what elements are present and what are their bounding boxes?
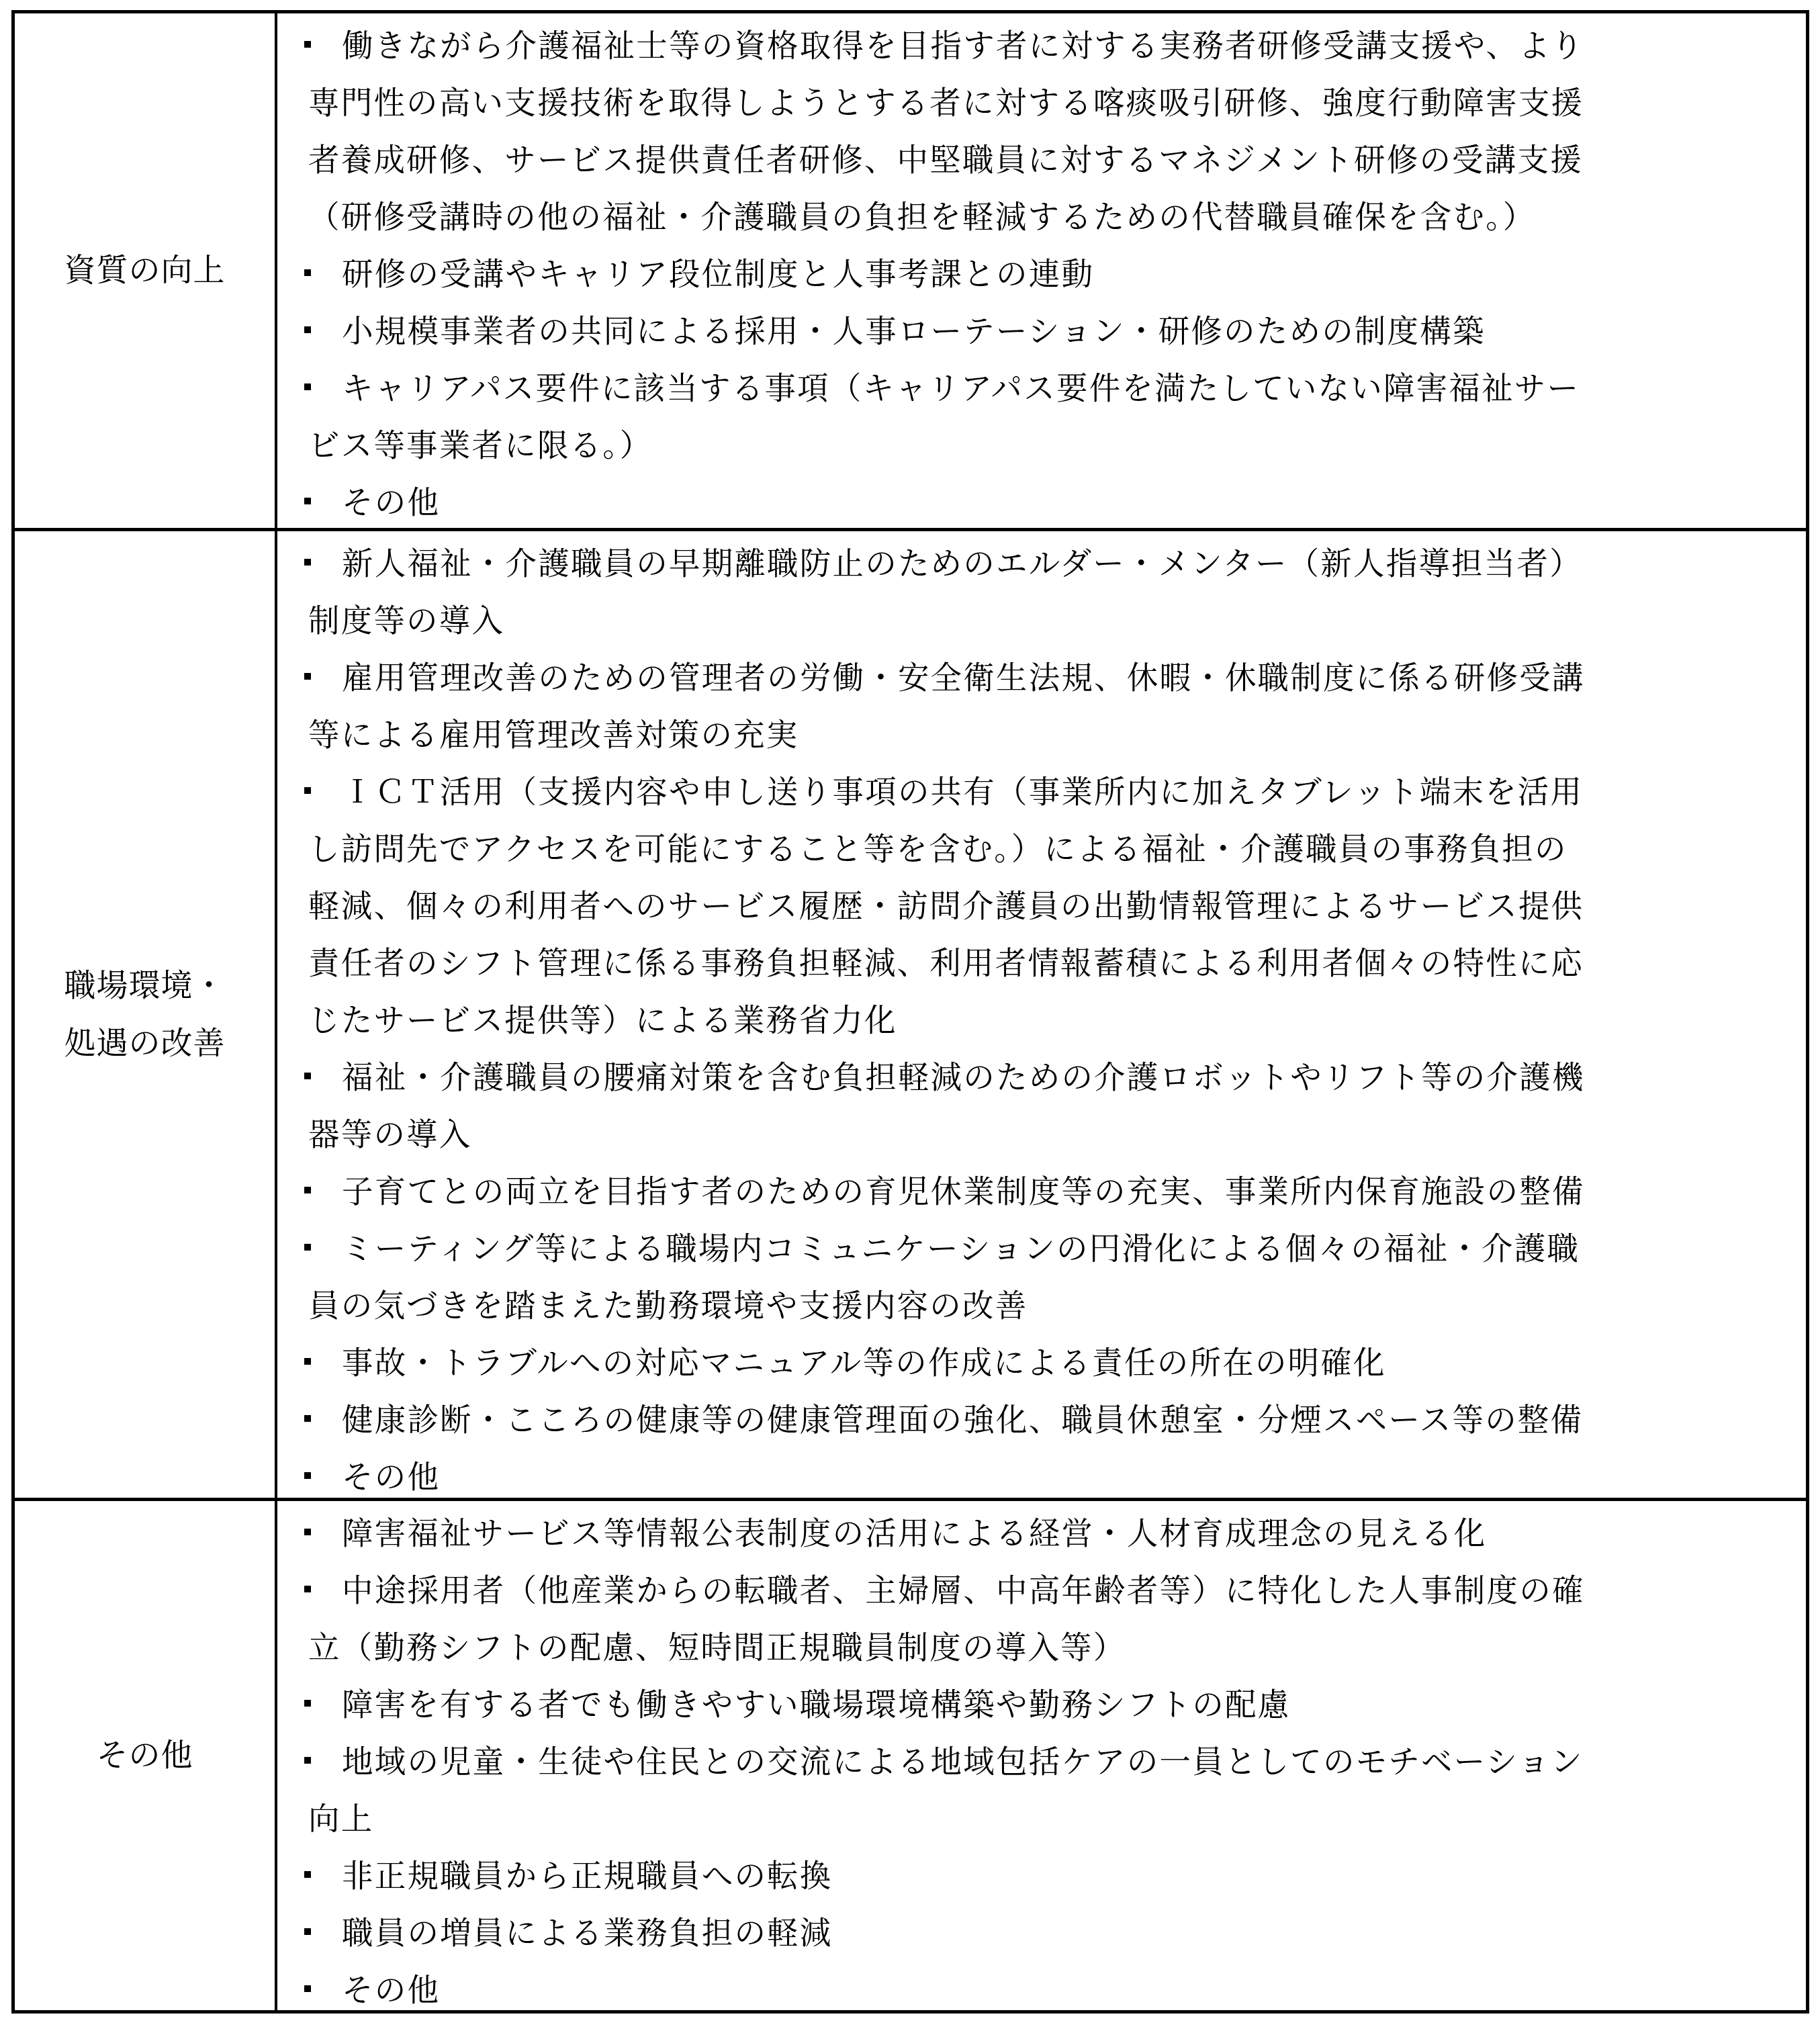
list-item: 新人福祉・介護職員の早期離職防止のためのエルダー・メンター（新人指導担当者）制度…: [304, 535, 1799, 649]
measures-list-cell: 障害福祉サービス等情報公表制度の活用による経営・人材育成理念の見える化中途採用者…: [277, 1501, 1806, 2010]
list-item-text: キャリアパス要件に該当する事項（キャリアパス要件を満たしていない障害福祉サー: [342, 370, 1580, 406]
list-item-text: 制度等の導入: [308, 602, 504, 639]
list-item-first-line: 福祉・介護職員の腰痛対策を含む負担軽減のための介護ロボットやリフト等の介護機: [304, 1049, 1799, 1106]
square-bullet-icon: [304, 1586, 311, 1592]
list-item-first-line: その他: [304, 1449, 1799, 1506]
square-bullet-icon: [304, 1187, 311, 1193]
list-item-continuation-line: 者養成研修、サービス提供責任者研修、中堅職員に対するマネジメント研修の受講支援: [304, 132, 1799, 189]
list-item-text: ビス等事業者に限る。）: [308, 427, 652, 463]
list-item-text: （研修受講時の他の福祉・介護職員の負担を軽減するための代替職員確保を含む。）: [308, 199, 1535, 235]
square-bullet-icon: [304, 498, 311, 504]
list-item: 事故・トラブルへの対応マニュアル等の作成による責任の所在の明確化: [304, 1335, 1799, 1392]
list-item-text: じたサービス提供等）による業務省力化: [308, 1002, 897, 1038]
list-item-text: 専門性の高い支援技術を取得しようとする者に対する喀痰吸引研修、強度行動障害支援: [308, 85, 1584, 121]
category-label-cell: その他: [15, 1501, 277, 2010]
list-item-first-line: 事故・トラブルへの対応マニュアル等の作成による責任の所在の明確化: [304, 1335, 1799, 1392]
list-item: 職員の増員による業務負担の軽減: [304, 1905, 1799, 1962]
list-item-first-line: ＩＣＴ活用（支援内容や申し送り事項の共有（事業所内に加えタブレット端末を活用: [304, 764, 1799, 821]
list-item: 福祉・介護職員の腰痛対策を含む負担軽減のための介護ロボットやリフト等の介護機器等…: [304, 1049, 1799, 1163]
list-item-continuation-line: じたサービス提供等）による業務省力化: [304, 992, 1799, 1049]
list-item-continuation-line: 責任者のシフト管理に係る事務負担軽減、利用者情報蓄積による利用者個々の特性に応: [304, 935, 1799, 992]
list-item-text: 非正規職員から正規職員への転換: [342, 1858, 833, 1894]
row-other: その他障害福祉サービス等情報公表制度の活用による経営・人材育成理念の見える化中途…: [15, 1498, 1806, 2010]
list-item-continuation-line: ビス等事業者に限る。）: [304, 417, 1799, 474]
list-item-text: 働きながら介護福祉士等の資格取得を目指す者に対する実務者研修受講支援や、より: [342, 28, 1584, 64]
list-item-text: その他: [342, 1459, 440, 1495]
list-item: その他: [304, 474, 1799, 531]
list-item-continuation-line: 向上: [304, 1791, 1799, 1848]
square-bullet-icon: [304, 673, 311, 680]
list-item: 子育てとの両立を目指す者のための育児休業制度等の充実、事業所内保育施設の整備: [304, 1163, 1799, 1220]
list-item-text: 立（勤務シフトの配慮、短時間正規職員制度の導入等）: [308, 1629, 1126, 1666]
list-item: 障害福祉サービス等情報公表制度の活用による経営・人材育成理念の見える化: [304, 1505, 1799, 1562]
list-item-first-line: ミーティング等による職場内コミュニケーションの円滑化による個々の福祉・介護職: [304, 1220, 1799, 1277]
measures-list-cell: 新人福祉・介護職員の早期離職防止のためのエルダー・メンター（新人指導担当者）制度…: [277, 531, 1806, 1498]
list-item: その他: [304, 1962, 1799, 2019]
list-item-first-line: その他: [304, 474, 1799, 531]
list-item-continuation-line: 制度等の導入: [304, 592, 1799, 649]
list-item-text: し訪問先でアクセスを可能にすること等を含む。）による福祉・介護職員の事務負担の: [308, 831, 1567, 867]
square-bullet-icon: [304, 1700, 311, 1707]
list-item: 働きながら介護福祉士等の資格取得を目指す者に対する実務者研修受講支援や、より専門…: [304, 17, 1799, 246]
category-label: 職場環境・: [64, 957, 226, 1015]
list-item: ＩＣＴ活用（支援内容や申し送り事項の共有（事業所内に加えタブレット端末を活用し訪…: [304, 764, 1799, 1049]
list-item-continuation-line: 等による雇用管理改善対策の充実: [304, 707, 1799, 764]
list-item: 非正規職員から正規職員への転換: [304, 1848, 1799, 1905]
list-item-first-line: キャリアパス要件に該当する事項（キャリアパス要件を満たしていない障害福祉サー: [304, 360, 1799, 417]
list-item: キャリアパス要件に該当する事項（キャリアパス要件を満たしていない障害福祉サービス…: [304, 360, 1799, 474]
list-item-first-line: 雇用管理改善のための管理者の労働・安全衛生法規、休暇・休職制度に係る研修受講: [304, 649, 1799, 707]
list-item: 健康診断・こころの健康等の健康管理面の強化、職員休憩室・分煙スペース等の整備: [304, 1392, 1799, 1449]
list-item-first-line: 障害福祉サービス等情報公表制度の活用による経営・人材育成理念の見える化: [304, 1505, 1799, 1562]
list-item-continuation-line: （研修受講時の他の福祉・介護職員の負担を軽減するための代替職員確保を含む。）: [304, 189, 1799, 246]
list-item-text: 等による雇用管理改善対策の充実: [308, 717, 799, 753]
square-bullet-icon: [304, 326, 311, 333]
category-label-cell: 資質の向上: [15, 13, 277, 528]
list-item-text: 地域の児童・生徒や住民との交流による地域包括ケアの一員としてのモチベーション: [342, 1744, 1584, 1780]
list-item-first-line: 健康診断・こころの健康等の健康管理面の強化、職員休憩室・分煙スペース等の整備: [304, 1392, 1799, 1449]
list-item-text: 軽減、個々の利用者へのサービス履歴・訪問介護員の出勤情報管理によるサービス提供: [308, 888, 1584, 924]
list-item-text: 福祉・介護職員の腰痛対策を含む負担軽減のための介護ロボットやリフト等の介護機: [342, 1059, 1585, 1095]
list-item-first-line: 研修の受講やキャリア段位制度と人事考課との連動: [304, 246, 1799, 303]
list-item-text: 子育てとの両立を目指す者のための育児休業制度等の充実、事業所内保育施設の整備: [342, 1173, 1585, 1210]
list-item-first-line: その他: [304, 1962, 1799, 2019]
list-item: その他: [304, 1449, 1799, 1506]
list-item-first-line: 地域の児童・生徒や住民との交流による地域包括ケアの一員としてのモチベーション: [304, 1733, 1799, 1791]
category-label: 資質の向上: [64, 242, 226, 300]
list-item: 小規模事業者の共同による採用・人事ローテーション・研修のための制度構築: [304, 303, 1799, 360]
row-workplace-environment: 職場環境・処遇の改善新人福祉・介護職員の早期離職防止のためのエルダー・メンター（…: [15, 528, 1806, 1498]
square-bullet-icon: [304, 787, 311, 794]
list-item-first-line: 新人福祉・介護職員の早期離職防止のためのエルダー・メンター（新人指導担当者）: [304, 535, 1799, 592]
list-item-text: 員の気づきを踏まえた勤務環境や支援内容の改善: [308, 1287, 1028, 1324]
list-item: 雇用管理改善のための管理者の労働・安全衛生法規、休暇・休職制度に係る研修受講等に…: [304, 649, 1799, 764]
row-quality-improvement: 資質の向上働きながら介護福祉士等の資格取得を目指す者に対する実務者研修受講支援や…: [15, 13, 1806, 528]
list-item-text: 中途採用者（他産業からの転職者、主婦層、中高年齢者等）に特化した人事制度の確: [342, 1572, 1585, 1609]
list-item: 障害を有する者でも働きやすい職場環境構築や勤務シフトの配慮: [304, 1676, 1799, 1733]
square-bullet-icon: [304, 269, 311, 276]
square-bullet-icon: [304, 1928, 311, 1935]
list-item-text: 者養成研修、サービス提供責任者研修、中堅職員に対するマネジメント研修の受講支援: [308, 142, 1583, 178]
square-bullet-icon: [304, 1073, 311, 1079]
square-bullet-icon: [304, 1244, 311, 1251]
square-bullet-icon: [304, 1415, 311, 1422]
square-bullet-icon: [304, 1757, 311, 1764]
list-item-text: 事故・トラブルへの対応マニュアル等の作成による責任の所在の明確化: [342, 1345, 1386, 1381]
list-item-continuation-line: 器等の導入: [304, 1106, 1799, 1163]
list-item-first-line: 中途採用者（他産業からの転職者、主婦層、中高年齢者等）に特化した人事制度の確: [304, 1562, 1799, 1619]
square-bullet-icon: [304, 559, 311, 566]
list-item-text: その他: [342, 484, 440, 521]
list-item-first-line: 非正規職員から正規職員への転換: [304, 1848, 1799, 1905]
list-item-text: ＩＣＴ活用（支援内容や申し送り事項の共有（事業所内に加えタブレット端末を活用: [342, 774, 1583, 810]
list-item-continuation-line: 立（勤務シフトの配慮、短時間正規職員制度の導入等）: [304, 1619, 1799, 1676]
list-item: ミーティング等による職場内コミュニケーションの円滑化による個々の福祉・介護職員の…: [304, 1220, 1799, 1335]
square-bullet-icon: [304, 1358, 311, 1365]
list-item-text: 器等の導入: [308, 1116, 472, 1152]
list-item: 中途採用者（他産業からの転職者、主婦層、中高年齢者等）に特化した人事制度の確立（…: [304, 1562, 1799, 1676]
list-item: 地域の児童・生徒や住民との交流による地域包括ケアの一員としてのモチベーション向上: [304, 1733, 1799, 1848]
list-item-text: 健康診断・こころの健康等の健康管理面の強化、職員休憩室・分煙スペース等の整備: [342, 1402, 1583, 1438]
list-item-text: ミーティング等による職場内コミュニケーションの円滑化による個々の福祉・介護職: [342, 1230, 1580, 1267]
measures-table: 資質の向上働きながら介護福祉士等の資格取得を目指す者に対する実務者研修受講支援や…: [11, 10, 1809, 2014]
square-bullet-icon: [304, 1472, 311, 1479]
list-item-text: 職員の増員による業務負担の軽減: [342, 1915, 833, 1951]
list-item: 研修の受講やキャリア段位制度と人事考課との連動: [304, 246, 1799, 303]
list-item-text: 障害福祉サービス等情報公表制度の活用による経営・人材育成理念の見える化: [342, 1515, 1487, 1551]
measures-list-cell: 働きながら介護福祉士等の資格取得を目指す者に対する実務者研修受講支援や、より専門…: [277, 13, 1806, 528]
list-item-text: 小規模事業者の共同による採用・人事ローテーション・研修のための制度構築: [342, 313, 1486, 349]
list-item-continuation-line: し訪問先でアクセスを可能にすること等を含む。）による福祉・介護職員の事務負担の: [304, 821, 1799, 878]
category-label: その他: [97, 1727, 193, 1784]
list-item-text: 責任者のシフト管理に係る事務負担軽減、利用者情報蓄積による利用者個々の特性に応: [308, 945, 1584, 981]
list-item-first-line: 子育てとの両立を目指す者のための育児休業制度等の充実、事業所内保育施設の整備: [304, 1163, 1799, 1220]
square-bullet-icon: [304, 1985, 311, 1992]
list-item-continuation-line: 員の気づきを踏まえた勤務環境や支援内容の改善: [304, 1277, 1799, 1335]
list-item-first-line: 障害を有する者でも働きやすい職場環境構築や勤務シフトの配慮: [304, 1676, 1799, 1733]
list-item-text: 雇用管理改善のための管理者の労働・安全衛生法規、休暇・休職制度に係る研修受講: [342, 660, 1585, 696]
list-item-first-line: 職員の増員による業務負担の軽減: [304, 1905, 1799, 1962]
list-item-text: その他: [342, 1972, 440, 2008]
list-item-continuation-line: 軽減、個々の利用者へのサービス履歴・訪問介護員の出勤情報管理によるサービス提供: [304, 878, 1799, 935]
square-bullet-icon: [304, 1529, 311, 1535]
list-item-text: 新人福祉・介護職員の早期離職防止のためのエルダー・メンター（新人指導担当者）: [342, 545, 1582, 582]
category-label: 処遇の改善: [64, 1015, 226, 1073]
list-item-continuation-line: 専門性の高い支援技術を取得しようとする者に対する喀痰吸引研修、強度行動障害支援: [304, 75, 1799, 132]
list-item-text: 障害を有する者でも働きやすい職場環境構築や勤務シフトの配慮: [342, 1686, 1290, 1723]
square-bullet-icon: [304, 383, 311, 390]
square-bullet-icon: [304, 1871, 311, 1878]
list-item-text: 向上: [308, 1801, 373, 1837]
list-item-first-line: 働きながら介護福祉士等の資格取得を目指す者に対する実務者研修受講支援や、より: [304, 17, 1799, 75]
category-label-cell: 職場環境・処遇の改善: [15, 531, 277, 1498]
list-item-first-line: 小規模事業者の共同による採用・人事ローテーション・研修のための制度構築: [304, 303, 1799, 360]
square-bullet-icon: [304, 41, 311, 48]
list-item-text: 研修の受講やキャリア段位制度と人事考課との連動: [342, 256, 1094, 292]
